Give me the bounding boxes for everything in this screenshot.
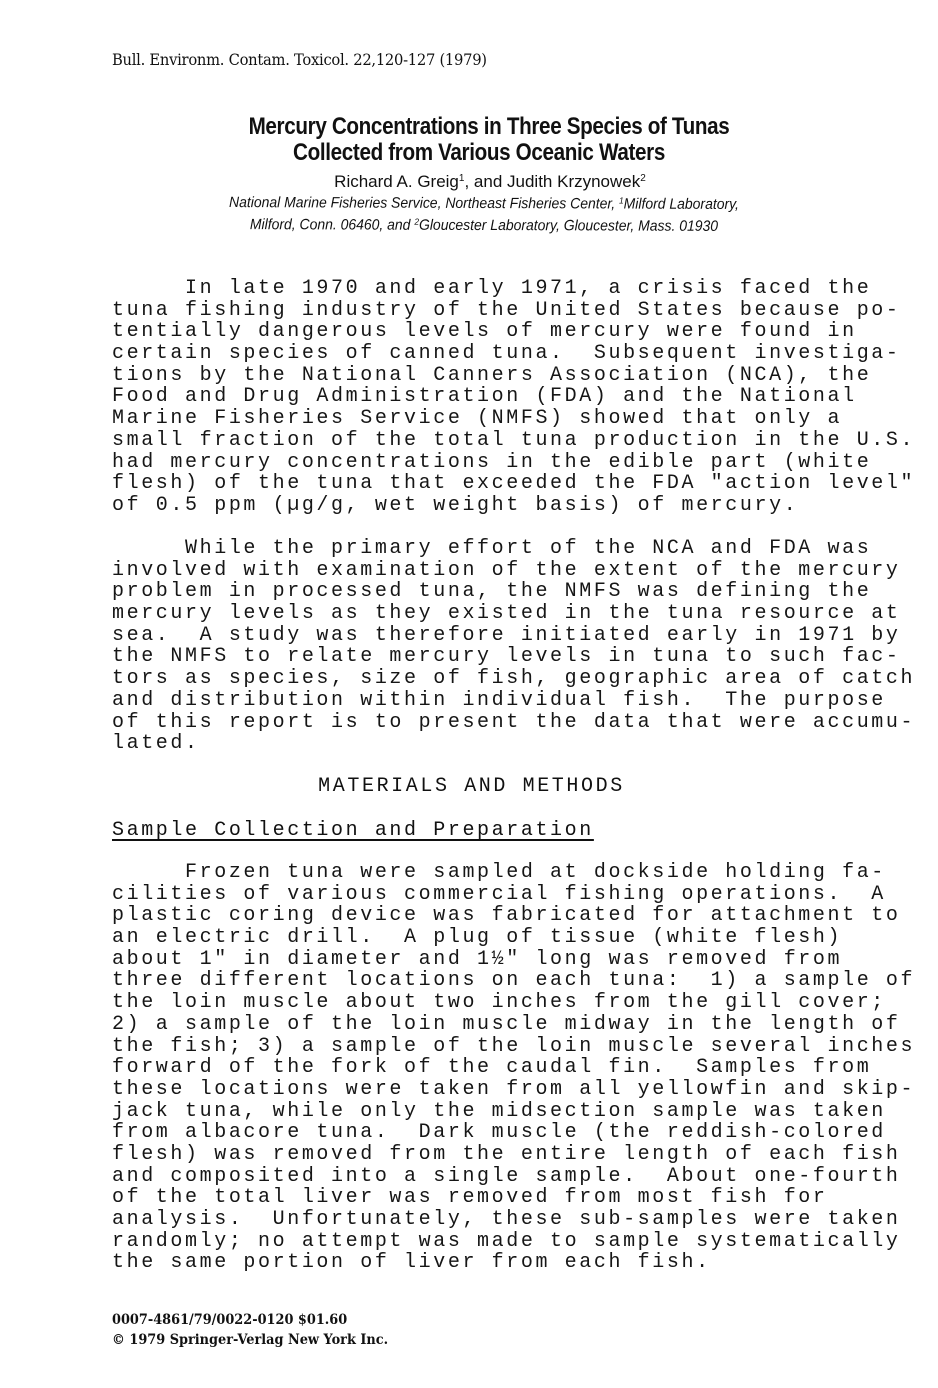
author-2-affil-marker: 2 xyxy=(640,173,646,184)
text-line: tuna fishing industry of the United Stat… xyxy=(112,300,832,322)
affil-1-post: Milford Laboratory, xyxy=(624,196,739,213)
subsection-heading: Sample Collection and Preparation xyxy=(112,819,594,842)
text-line: tentially dangerous levels of mercury we… xyxy=(112,321,832,343)
text-line: plastic coring device was fabricated for… xyxy=(112,905,832,927)
text-line: these locations were taken from all yell… xyxy=(112,1079,832,1101)
affiliation-line-1: National Marine Fisheries Service, North… xyxy=(62,189,907,214)
author-2: Judith Krzynowek xyxy=(507,172,640,191)
text-line: mercury levels as they existed in the tu… xyxy=(112,603,832,625)
text-line: of this report is to present the data th… xyxy=(112,712,832,734)
text-line: flesh) was removed from the entire lengt… xyxy=(112,1144,832,1166)
affil-1-pre: National Marine Fisheries Service, North… xyxy=(229,194,619,212)
text-line: tions by the National Canners Associatio… xyxy=(112,365,832,387)
text-line: randomly; no attempt was made to sample … xyxy=(112,1231,832,1253)
text-line: of the total liver was removed from most… xyxy=(112,1187,832,1209)
text-line: 2) a sample of the loin muscle midway in… xyxy=(112,1014,832,1036)
text-line: an electric drill. A plug of tissue (whi… xyxy=(112,927,832,949)
text-line: the loin muscle about two inches from th… xyxy=(112,992,832,1014)
text-line: involved with examination of the extent … xyxy=(112,560,832,582)
text-line: three different locations on each tuna: … xyxy=(112,970,832,992)
paragraph-introduction-2: While the primary effort of the NCA and … xyxy=(112,538,832,755)
footer-code-line: 0007-4861/79/0022-0120 $01.60 xyxy=(112,1310,388,1330)
paragraph-introduction-1: In late 1970 and early 1971, a crisis fa… xyxy=(112,278,832,517)
article-title: Mercury Concentrations in Three Species … xyxy=(0,114,938,166)
affiliations: National Marine Fisheries Service, North… xyxy=(0,191,938,235)
affiliation-line-2: Milford, Conn. 06460, and 2Gloucester La… xyxy=(62,211,907,236)
title-line-2: Collected from Various Oceanic Waters xyxy=(84,140,873,166)
affil-2-post: Gloucester Laboratory, Gloucester, Mass.… xyxy=(419,217,718,235)
paragraph-sample-collection: Frozen tuna were sampled at dockside hol… xyxy=(112,862,832,1274)
text-line: sea. A study was therefore initiated ear… xyxy=(112,625,832,647)
text-line: of 0.5 ppm (µg/g, wet weight basis) of m… xyxy=(112,495,832,517)
text-line: While the primary effort of the NCA and … xyxy=(112,538,832,560)
text-line: problem in processed tuna, the NMFS was … xyxy=(112,581,832,603)
text-line: In late 1970 and early 1971, a crisis fa… xyxy=(112,278,832,300)
text-line: and composited into a single sample. Abo… xyxy=(112,1166,832,1188)
text-line: lated. xyxy=(112,733,832,755)
title-line-1: Mercury Concentrations in Three Species … xyxy=(103,114,875,140)
author-1: Richard A. Greig xyxy=(334,172,459,191)
text-line: flesh) of the tuna that exceeded the FDA… xyxy=(112,473,832,495)
text-line: and distribution within individual fish.… xyxy=(112,690,832,712)
text-line: certain species of canned tuna. Subseque… xyxy=(112,343,832,365)
text-line: about 1" in diameter and 1½" long was re… xyxy=(112,949,832,971)
text-line: forward of the fork of the caudal fin. S… xyxy=(112,1057,832,1079)
text-line: tors as species, size of fish, geographi… xyxy=(112,668,832,690)
footer: 0007-4861/79/0022-0120 $01.60 © 1979 Spr… xyxy=(112,1310,412,1350)
text-line: had mercury concentrations in the edible… xyxy=(112,452,832,474)
affil-2-pre: Milford, Conn. 06460, and xyxy=(250,216,414,234)
text-line: jack tuna, while only the midsection sam… xyxy=(112,1101,832,1123)
text-line: the fish; 3) a sample of the loin muscle… xyxy=(112,1036,832,1058)
text-line: the same portion of liver from each fish… xyxy=(112,1252,832,1274)
text-line: cilities of various commercial fishing o… xyxy=(112,884,832,906)
text-line: the NMFS to relate mercury levels in tun… xyxy=(112,646,832,668)
journal-citation: Bull. Environm. Contam. Toxicol. 22,120-… xyxy=(112,50,487,69)
text-line: analysis. Unfortunately, these sub-sampl… xyxy=(112,1209,832,1231)
text-line: Frozen tuna were sampled at dockside hol… xyxy=(112,862,832,884)
text-line: Marine Fisheries Service (NMFS) showed t… xyxy=(112,408,832,430)
section-heading: MATERIALS AND METHODS xyxy=(0,775,938,798)
text-line: from albacore tuna. Dark muscle (the red… xyxy=(112,1122,832,1144)
text-line: small fraction of the total tuna product… xyxy=(112,430,832,452)
text-line: Food and Drug Administration (FDA) and t… xyxy=(112,386,832,408)
footer-copyright: © 1979 Springer-Verlag New York Inc. xyxy=(112,1330,388,1350)
authors: Richard A. Greig1, and Judith Krzynowek2 xyxy=(0,169,938,192)
author-separator: , and xyxy=(464,172,507,191)
